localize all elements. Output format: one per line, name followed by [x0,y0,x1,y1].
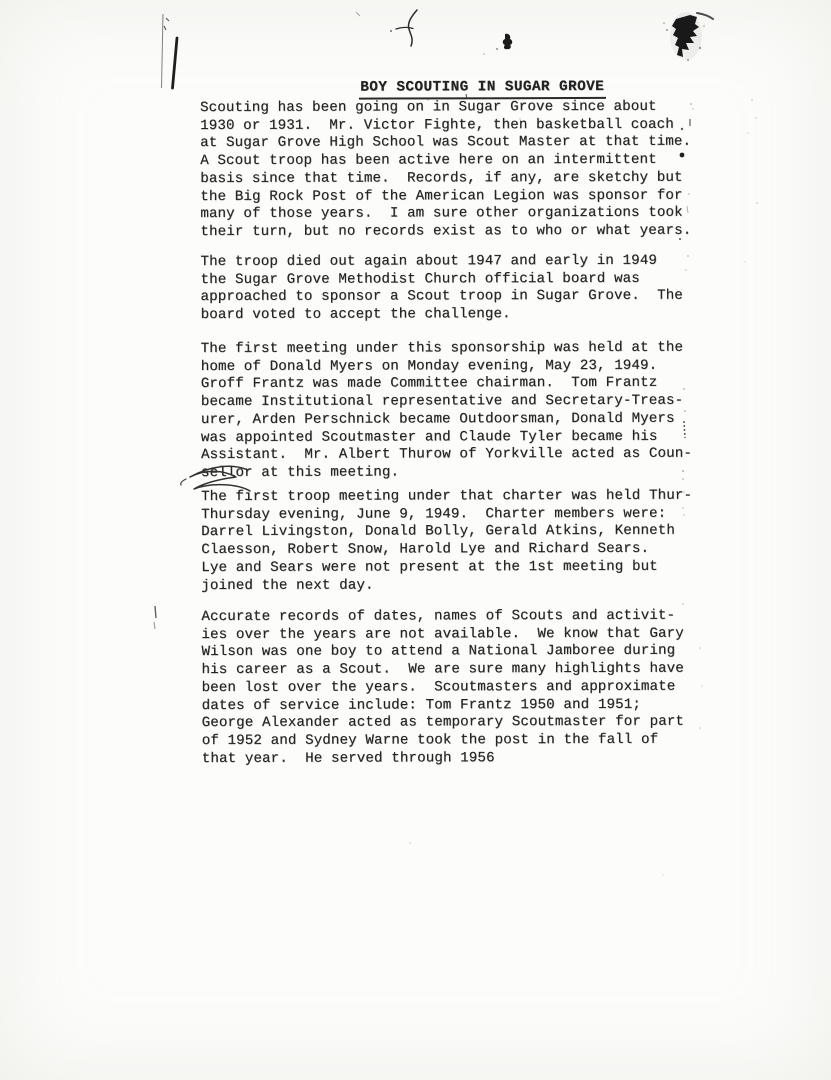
paragraph-history-origin: Scouting has been going on in Sugar Grov… [200,99,691,242]
paragraph-scoutmasters: Accurate records of dates, names of Scou… [201,608,684,769]
paragraph-charter-members: The first troop meeting under that chart… [201,488,692,596]
paragraph-troop-died-out: The troop died out again about 1947 and … [200,253,683,325]
scanned-page: BOY SCOUTING IN SUGAR GROVE Scouting has… [0,0,831,1080]
paragraph-first-meeting: The first meeting under this sponsorship… [201,340,692,483]
document-title-text: BOY SCOUTING IN SUGAR GROVE [359,79,606,99]
typewritten-sheet: BOY SCOUTING IN SUGAR GROVE Scouting has… [0,0,831,1080]
